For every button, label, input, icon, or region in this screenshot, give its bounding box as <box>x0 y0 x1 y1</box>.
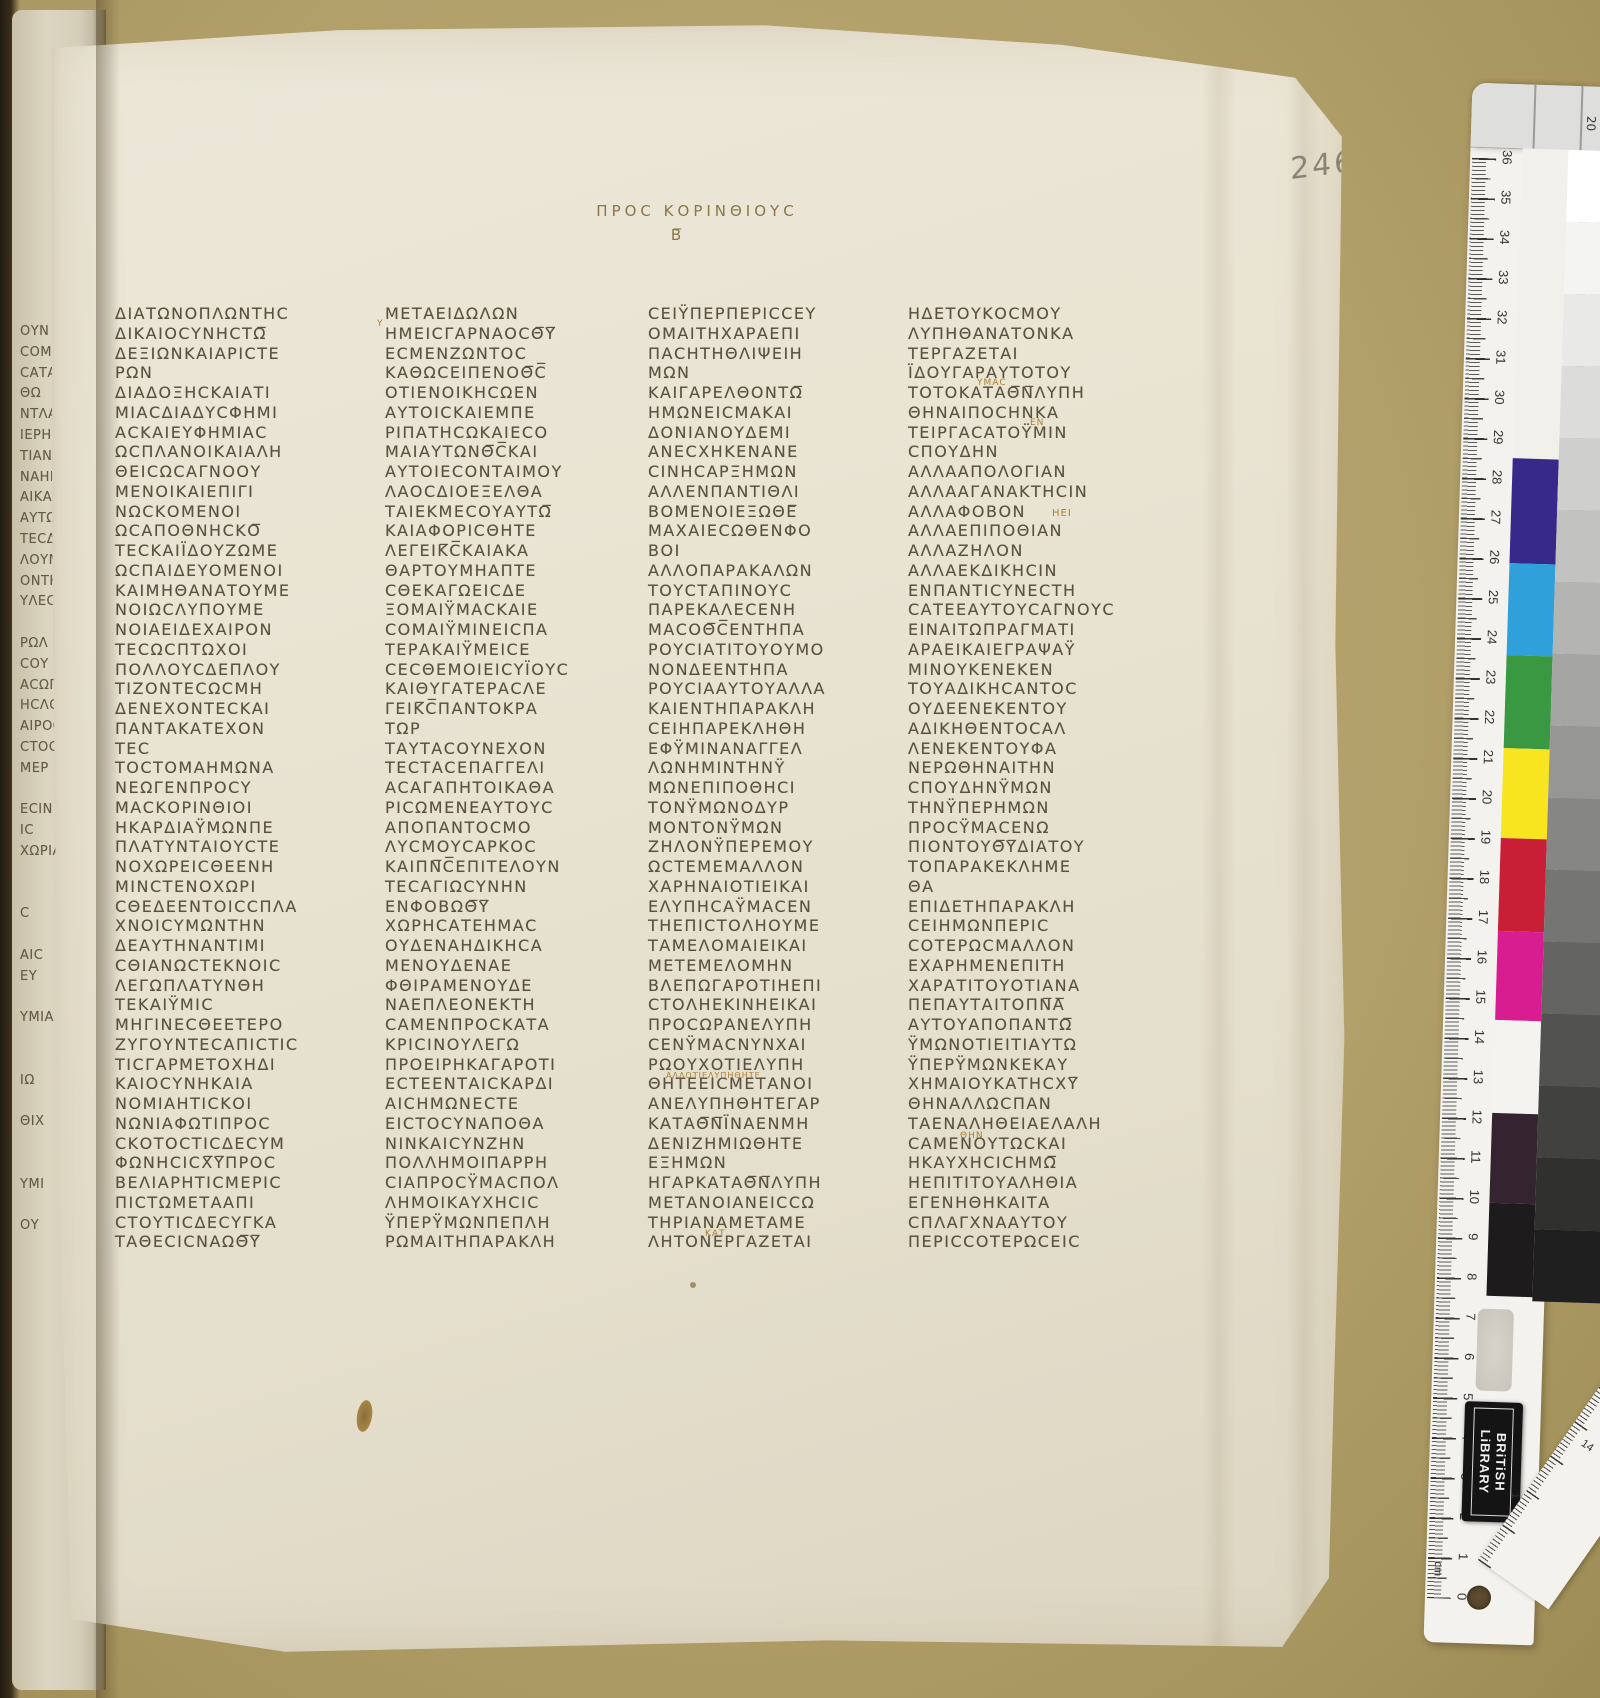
manuscript-line: ΤΟΥСΤΑΠΙΝΟΥС <box>648 581 910 601</box>
manuscript-line: ΝΑΕΠΛΕΟΝΕΚΤΗ <box>385 995 647 1015</box>
manuscript-line: ΤΟΥΑΔΙΚΗСΑΝΤΟС <box>908 679 1170 699</box>
manuscript-line: ΟΜΑΙΤΗΧΑΡΑΕΠΙ <box>648 324 910 344</box>
manuscript-line: ΝΟΧΩΡΕΙСΘΕΕΝΗ <box>115 857 377 877</box>
manuscript-line: ΕΧΑΡΗΜΕΝΕΠΙΤΗ <box>908 956 1170 976</box>
grayscale-step <box>1535 1157 1600 1231</box>
manuscript-line: СΘΙΑΝΩСΤΕΚΝΟΙС <box>115 956 377 976</box>
manuscript-line: ΫΠΕΡΫΜΩΝΚΕΚΑΥ <box>908 1055 1170 1075</box>
ruler-number: 15 <box>1473 986 1489 1008</box>
manuscript-line: СΟΤΕΡΩСΜΑΛΛΟΝ <box>908 936 1170 956</box>
manuscript-line: ΜΕΝΟΥΔΕΝΑΕ <box>385 956 647 976</box>
manuscript-line: ΗΚΑΡΔΙΑΫΜΩΝΠΕ <box>115 818 377 838</box>
manuscript-line: ΜΙΝСΤΕΝΟΧΩΡΙ <box>115 877 377 897</box>
ruler-number: 11 <box>1468 1146 1484 1168</box>
ruler-top-section: 20 80 <box>1471 83 1600 153</box>
manuscript-line: ΫΜΩΝΟΤΙΕΙΤΙΑΥΤΩ <box>908 1035 1170 1055</box>
manuscript-line: ΔΙΑΤΩΝΟΠΛΩΝΤΗС <box>115 304 377 324</box>
manuscript-line: ΜΟΝΤΟΝΫΜΩΝ <box>648 818 910 838</box>
color-patch <box>1489 1113 1538 1204</box>
manuscript-line: ΚΑΙΠΝ̅С̅ΕΠΙΤΕΛΟΥΝ <box>385 857 647 877</box>
facing-line-fragment: ΑΥΤΩ <box>20 511 57 526</box>
text-column-4: ΗΔΕΤΟΥΚΟСΜΟΥΛΥΠΗΘΑΝΑΤΟΝΚΑΤΕΡΓΑΖΕΤΑΙΪΔΟΥΓ… <box>908 304 1170 1252</box>
manuscript-line: ΧΩΡΗСΑΤΕΗΜΑС <box>385 916 647 936</box>
manuscript-line: ΚΑΙΑΦΟΡΙСΘΗΤΕ <box>385 521 647 541</box>
color-patch <box>1495 931 1544 1021</box>
text-column-1: ΔΙΑΤΩΝΟΠΛΩΝΤΗСΔΙΚΑΙΟСΥΝΗСΤΩ̅ΔΕΞΙΩΝΚΑΙΑΡΙ… <box>115 304 377 1252</box>
ruler-number: 30 <box>1492 386 1508 408</box>
manuscript-line: ΗΚΑΥΧΗСΙСΗΜΩ̅ <box>908 1153 1170 1173</box>
manuscript-line: ΟΥΔΕΝΑΗΔΙΚΗСΑ <box>385 936 647 956</box>
grayscale-step <box>1546 797 1600 871</box>
ruler-divider-line <box>1579 86 1583 150</box>
facing-line-fragment: ΟΥΝ <box>20 324 49 339</box>
manuscript-line: ΛΕΓΩΠΛΑΤΥΝΘΗ <box>115 976 377 996</box>
manuscript-line: ΤΕС <box>115 739 377 759</box>
manuscript-line: ΛΩΝΗΜΙΝΤΗΝΫ <box>648 758 910 778</box>
manuscript-line: ΝΙΝΚΑΙСΥΝΖΗΝ <box>385 1134 647 1154</box>
manuscript-line: ΡΙСΩΜΕΝΕΑΥΤΟΥС <box>385 798 647 818</box>
color-patch <box>1486 1203 1535 1297</box>
manuscript-line: СΘΕΔΕΕΝΤΟΙССΠΛΑ <box>115 897 377 917</box>
manuscript-line: ΛΕΝΕΚΕΝΤΟΥΦΑ <box>908 739 1170 759</box>
ruler-number: 25 <box>1486 586 1502 608</box>
grayscale-step <box>1566 150 1600 224</box>
manuscript-line: ΝΟΙΩСΛΥΠΟΥΜΕ <box>115 600 377 620</box>
manuscript-line: ΠΑСΗΤΗΘΛΙΨΕΙΗ <box>648 344 910 364</box>
grayscale-step <box>1541 941 1600 1015</box>
brand-line-2: LiBRARY <box>1474 1409 1494 1515</box>
ruler-number: 36 <box>1499 146 1515 168</box>
manuscript-line: ΤΟСΤΟΜΑΗΜΩΝΑ <box>115 758 377 778</box>
manuscript-line: ΜΕΤΑΝΟΙΑΝΕΙССΩ <box>648 1193 910 1213</box>
manuscript-line: ΜΩΝ <box>648 363 910 383</box>
manuscript-line: ΠΙСΤΩΜΕΤΑΑΠΙ <box>115 1193 377 1213</box>
manuscript-line: ΤΕΡΓΑΖΕΤΑΙ <box>908 344 1170 364</box>
manuscript-line: ΜΕΤΑΕΙΔΩΛΩΝ <box>385 304 647 324</box>
manuscript-line: ΡΩΝ <box>115 363 377 383</box>
manuscript-line: ΑΙСΗΜΩΝΕСΤΕ <box>385 1094 647 1114</box>
manuscript-line: ΔΕΝΙΖΗΜΙΩΘΗΤΕ <box>648 1134 910 1154</box>
manuscript-line: ΚΑΙΘΥΓΑΤΕΡΑСΛΕ <box>385 679 647 699</box>
manuscript-line: ΤΑΘΕСΙСΝΑΩΘ̅Υ̅ <box>115 1232 377 1252</box>
facing-line-fragment: ΤΙΑΝ <box>20 449 52 464</box>
manuscript-line: ΗΔΕΤΟΥΚΟСΜΟΥ <box>908 304 1170 324</box>
parchment-fold <box>1287 22 1321 1660</box>
facing-line-fragment: ΥΛΕС <box>20 594 56 609</box>
manuscript-line: ΝΩΝΙΑΦΩΤΙΠΡΟС <box>115 1114 377 1134</box>
manuscript-line: ΤΟΝΫΜΩΝΟΔΥΡ <box>648 798 910 818</box>
manuscript-line: ΤΕСΚΑΙΪΔΟΥΖΩΜΕ <box>115 541 377 561</box>
ruler-number: 22 <box>1482 706 1498 728</box>
interlinear-correction: Υ <box>377 319 384 329</box>
grayscale-step <box>1559 366 1600 440</box>
color-patch <box>1501 748 1550 839</box>
manuscript-line: ΤΟΤΟΚΑΤΑΘ̅Ν̅ΛΥΠΗ <box>908 383 1170 403</box>
ruler-number: 28 <box>1489 466 1505 488</box>
manuscript-line: ΑΛΛΑΕΠΙΠΟΘΙΑΝ <box>908 521 1170 541</box>
manuscript-line: ΚΑΘΩСΕΙΠΕΝΟΘ̅С̅ <box>385 363 647 383</box>
manuscript-line: ΤΕСΩСΠΤΩΧΟΙ <box>115 640 377 660</box>
manuscript-line: СΤΟΛΗΕΚΙΝΗΕΙΚΑΙ <box>648 995 910 1015</box>
manuscript-line: ΑСΑΓΑΠΗΤΟΙΚΑΘΑ <box>385 778 647 798</box>
manuscript-line: ΚΑΙΓΑΡΕΛΘΟΝΤΩ̅ <box>648 383 910 403</box>
manuscript-line: ΕΛΥΠΗСΑΫΜΑСΕΝ <box>648 897 910 917</box>
manuscript-line: ΤΙСΓΑΡΜΕΤΟΧΗΔΙ <box>115 1055 377 1075</box>
manuscript-line: ΔΕΝΕΧΟΝΤΕСΚΑΙ <box>115 699 377 719</box>
ruler-number: 26 <box>1487 546 1503 568</box>
manuscript-line: ΤΑΕΝΑΛΗΘΕΙΑΕΛΑΛΗ <box>908 1114 1170 1134</box>
ruler-number: 31 <box>1493 346 1509 368</box>
folio-number: 246 <box>1290 144 1356 187</box>
facing-line-fragment: ΕΥ <box>20 969 37 984</box>
manuscript-line: ΕΝΦΟΒΩΘ̅Υ̅ <box>385 897 647 917</box>
manuscript-line: ΞΟΜΑΙΫΜΑСΚΑΙΕ <box>385 600 647 620</box>
manuscript-line: ΝΟΙΑΕΙΔΕΧΑΙΡΟΝ <box>115 620 377 640</box>
grayscale-step <box>1532 1229 1600 1303</box>
manuscript-line: ΑΛΛΑΦΟΒΟΝ <box>908 502 1170 522</box>
interlinear-correction: ΕΝ <box>1030 418 1044 428</box>
grayscale-step <box>1564 222 1600 296</box>
manuscript-line: ΑΛΛΑΑΠΟΛΟΓΙΑΝ <box>908 462 1170 482</box>
manuscript-line: ΔΟΝΙΑΝΟΥΔΕΜΙ <box>648 423 910 443</box>
manuscript-line: ΩСΠΑΙΔΕΥΟΜΕΝΟΙ <box>115 561 377 581</box>
manuscript-line: ΗΓΑΡΚΑΤΑΘ̅Ν̅ΛΥΠΗ <box>648 1173 910 1193</box>
manuscript-line: ΩСΠΛΑΝΟΙΚΑΙΑΛΗ <box>115 442 377 462</box>
manuscript-line: ΒΕΛΙΑΡΗΤΙСΜΕΡΙС <box>115 1173 377 1193</box>
manuscript-line: ΠΕΠΑΥΤΑΙΤΟΠΝ̅Α̅ <box>908 995 1170 1015</box>
manuscript-line: ΝΟΝΔΕΕΝΤΗΠΑ <box>648 660 910 680</box>
manuscript-line: СΕΙΫΠΕΡΠΕΡΙССΕΥ <box>648 304 910 324</box>
ruler-number: 9 <box>1465 1226 1481 1248</box>
manuscript-line: ΠΟΛΛΟΥСΔΕΠΛΟΥ <box>115 660 377 680</box>
ruler-number: 20 <box>1479 786 1495 808</box>
manuscript-line: ΦΩΝΗСΙСΧ̅Υ̅ΠΡΟС <box>115 1153 377 1173</box>
grayscale-step <box>1553 582 1600 656</box>
running-title: ΠΡΟС ΚΟΡΙΝΘΙΟΥС <box>587 202 807 220</box>
manuscript-line: ΕСΤΕΕΝΤΑΙСΚΑΡΔΙ <box>385 1074 647 1094</box>
manuscript-line: СΤΟΥΤΙСΔΕСΥΓΚΑ <box>115 1213 377 1233</box>
manuscript-line: СΑΤΕΕΑΥΤΟΥСΑΓΝΟΥС <box>908 600 1170 620</box>
grayscale-step <box>1548 725 1600 799</box>
manuscript-line: ΘΗΝΑΛΛΩСΠΑΝ <box>908 1094 1170 1114</box>
grayscale-step <box>1550 654 1600 728</box>
manuscript-line: ΕΙСΤΟСΥΝΑΠΟΘΑ <box>385 1114 647 1134</box>
interlinear-correction: ΥΜΑС <box>977 378 1007 388</box>
manuscript-line: ΚΡΙСΙΝΟΥΛΕΓΩ <box>385 1035 647 1055</box>
manuscript-line: ΕСΜΕΝΖΩΝΤΟС <box>385 344 647 364</box>
manuscript-line: ΠΑΡΕΚΑΛΕСΕΝΗ <box>648 600 910 620</box>
manuscript-line: ΤΕСΤΑСΕΠΑΓΓΕΛΙ <box>385 758 647 778</box>
facing-line-fragment: ΙΩ <box>20 1073 35 1088</box>
facing-line-fragment: С <box>20 906 30 921</box>
manuscript-line: ΠΡΟΕΙΡΗΚΑΓΑΡΟΤΙ <box>385 1055 647 1075</box>
manuscript-line: ΔΕΑΥΤΗΝΑΝΤΙΜΙ <box>115 936 377 956</box>
manuscript-line: СΕСΘΕΜΟΙΕΙСΥΪΟΥС <box>385 660 647 680</box>
manuscript-line: ΔΙΚΑΙΟСΥΝΗСΤΩ̅ <box>115 324 377 344</box>
manuscript-line: ΛΗΜΟΙΚΑΥΧΗСΙС <box>385 1193 647 1213</box>
manuscript-page: ΠΡΟС ΚΟΡΙΝΘΙΟΥС Β̅ 246 ΔΙΑΤΩΝΟΠΛΩΝΤΗСΔΙΚ… <box>52 22 1347 1660</box>
ruler-number: 33 <box>1496 266 1512 288</box>
manuscript-line: ΜΗΓΙΝΕСΘΕΕΤΕΡΟ <box>115 1015 377 1035</box>
ruler-number: 18 <box>1477 866 1493 888</box>
ruler-unit-label: cm. <box>1431 1561 1444 1579</box>
manuscript-line: ΤΕΚΑΙΫΜΙС <box>115 995 377 1015</box>
manuscript-line: ΤΙΖΟΝΤΕСΩСΜΗ <box>115 679 377 699</box>
manuscript-line: ΦΘΙΡΑΜΕΝΟΥΔΕ <box>385 976 647 996</box>
manuscript-line: ΤΟΠΑΡΑΚΕΚΛΗΜΕ <box>908 857 1170 877</box>
manuscript-line: ΑΛΛΑΕΚΔΙΚΗСΙΝ <box>908 561 1170 581</box>
color-patch <box>1498 838 1547 932</box>
manuscript-line: ΟΥΔΕΕΝΕΚΕΝΤΟΥ <box>908 699 1170 719</box>
manuscript-line: ΒΛΕΠΩΓΑΡΟΤΙΗΕΠΙ <box>648 976 910 996</box>
manuscript-line: ΕΝΠΑΝΤΙСΥΝΕСΤΗ <box>908 581 1170 601</box>
manuscript-line: ΑΝΕΛΥΠΗΘΗΤΕΓΑΡ <box>648 1094 910 1114</box>
parchment-fold <box>1202 22 1236 1660</box>
manuscript-line: ΕΓΕΝΗΘΗΚΑΙΤΑ <box>908 1193 1170 1213</box>
manuscript-line: ΠΡΟСΩΡΑΝΕΛΥΠΗ <box>648 1015 910 1035</box>
manuscript-line: ΓΕΙΚ̅С̅ΠΑΝΤΟΚΡΑ <box>385 699 647 719</box>
manuscript-line: ΠΡΟСΫΜΑСΕΝΩ <box>908 818 1170 838</box>
ruler-number: 7 <box>1463 1306 1479 1328</box>
manuscript-line: СΙΑΠΡΟСΫΜΑСΠΟΛ <box>385 1173 647 1193</box>
manuscript-line: ΩСΑΠΟΘΝΗСΚΟ̅ <box>115 521 377 541</box>
manuscript-line: ΘΑΡΤΟΥΜΗΑΠΤΕ <box>385 561 647 581</box>
manuscript-line: ΡΩΜΑΙΤΗΠΑΡΑΚΛΗ <box>385 1232 647 1252</box>
facing-line-fragment: ΕСΙΝ <box>20 802 53 817</box>
manuscript-line: СΑΜΕΝΟΥΤΩСΚΑΙ <box>908 1134 1170 1154</box>
manuscript-line: ΤΕСΑΓΙΩСΥΝΗΝ <box>385 877 647 897</box>
manuscript-line: ΠΛΑΤΥΝΤΑΙΟΥСΤΕ <box>115 837 377 857</box>
facing-line-fragment: СΟΥ <box>20 657 49 672</box>
manuscript-line: ΜΕΤΕΜΕΛΟΜΗΝ <box>648 956 910 976</box>
manuscript-line: ΜΑΙΑΥΤΩΝΘ̅С̅ΚΑΙ <box>385 442 647 462</box>
manuscript-line: ΒΟΙ <box>648 541 910 561</box>
manuscript-line: СΑΜΕΝΠΡΟСΚΑΤΑ <box>385 1015 647 1035</box>
manuscript-line: ΡΟΥСΙΑΤΙΤΟΥΟΥΜΟ <box>648 640 910 660</box>
manuscript-line: ΠΑΝΤΑΚΑΤΕΧΟΝ <box>115 719 377 739</box>
ruler-divider-line <box>1533 85 1537 149</box>
manuscript-line: ΠΙΟΝΤΟΥΘ̅Υ̅ΔΙΑΤΟΥ <box>908 837 1170 857</box>
ruler-number: 29 <box>1491 426 1507 448</box>
manuscript-line: СΠΟΥΔΗΝΫΜΩΝ <box>908 778 1170 798</box>
grayscale-step <box>1557 438 1600 512</box>
manuscript-line: ΤΗΕΠΙСΤΟΛΗΟΥΜΕ <box>648 916 910 936</box>
manuscript-line: ΑΠΟΠΑΝΤΟСΜΟ <box>385 818 647 838</box>
ruler-number: 6 <box>1462 1346 1478 1368</box>
manuscript-line: ΚΑΙΕΝΤΗΠΑΡΑΚΛΗ <box>648 699 910 719</box>
manuscript-line: ΤΩΡ <box>385 719 647 739</box>
manuscript-line: ΝΕΡΩΘΗΝΑΙΤΗΝ <box>908 758 1170 778</box>
manuscript-line: ΝΕΩΓΕΝΠΡΟСΥ <box>115 778 377 798</box>
manuscript-line: СΕΙΗΜΩΝΠΕΡΙС <box>908 916 1170 936</box>
manuscript-line: ΤΑΥΤΑСΟΥΝΕΧΟΝ <box>385 739 647 759</box>
manuscript-line: ΝΩСΚΟΜΕΝΟΙ <box>115 502 377 522</box>
manuscript-line: СΙΝΗСΑΡΞΗΜΩΝ <box>648 462 910 482</box>
calibration-ruler: 20 80 3635343332313029282726252423222120… <box>1424 83 1600 1648</box>
manuscript-line: ΛΥΠΗΘΑΝΑΤΟΝΚΑ <box>908 324 1170 344</box>
manuscript-line: ΕΞΗΜΩΝ <box>648 1153 910 1173</box>
manuscript-line: ΑΥΤΟΙСΚΑΙΕΜΠΕ <box>385 403 647 423</box>
interlinear-correction: ΘΗΝ <box>960 1131 984 1141</box>
corner-ruler-number: 14 <box>1579 1437 1596 1454</box>
facing-line-fragment: ΝΤΛΑ <box>20 407 57 422</box>
ruler-number: 10 <box>1467 1186 1483 1208</box>
manuscript-line: ΑΛΛΟΠΑΡΑΚΑΛΩΝ <box>648 561 910 581</box>
ruler-number: 12 <box>1469 1106 1485 1128</box>
manuscript-line: ΑСΚΑΙΕΥΦΗΜΙΑС <box>115 423 377 443</box>
manuscript-line: ΑΝΕСΧΗΚΕΝΑΝΕ <box>648 442 910 462</box>
manuscript-line: ΑΛΛΕΝΠΑΝΤΙΘΛΙ <box>648 482 910 502</box>
manuscript-line: ΚΑΙΜΗΘΑΝΑΤΟΥΜΕ <box>115 581 377 601</box>
grayscale-step <box>1555 510 1600 584</box>
color-patch <box>1509 458 1558 564</box>
ruler-number: 16 <box>1474 946 1490 968</box>
velcro-patch <box>1475 1308 1514 1391</box>
color-patch <box>1492 1020 1541 1114</box>
manuscript-line: ΫΠΕΡΫΜΩΝΠΕΠΛΗ <box>385 1213 647 1233</box>
manuscript-line: СΟΜΑΙΫΜΙΝΕΙСΠΑ <box>385 620 647 640</box>
facing-line-fragment: ΜΕΡ <box>20 761 49 776</box>
manuscript-line: ΑΔΙΚΗΘΕΝΤΟСΑΛ <box>908 719 1170 739</box>
manuscript-line: ΚΑΤΑΘ̅Ν̅ΪΝΑΕΝΜΗ <box>648 1114 910 1134</box>
interlinear-correction: ΗΕΙ <box>1052 508 1072 519</box>
facing-line-fragment: ΘΙΧ <box>20 1114 44 1129</box>
manuscript-line: ΑΛΛΑΖΗΛΟΝ <box>908 541 1170 561</box>
ruler-number: 27 <box>1488 506 1504 528</box>
manuscript-line: ΑΛΛΑΑΓΑΝΑΚΤΗСΙΝ <box>908 482 1170 502</box>
manuscript-line: ΖΗΛΟΝΫΠΕΡΕΜΟΥ <box>648 837 910 857</box>
manuscript-line: ΪΔΟΥΓΑΡΑΥΤΟΤΟΥ <box>908 363 1170 383</box>
manuscript-line: ΗΜΕΙСΓΑΡΝΑΟСΘ̅Υ̅ <box>385 324 647 344</box>
manuscript-line: СΘΕΚΑΓΩΕΙСΔΕ <box>385 581 647 601</box>
manuscript-line: ΔΕΞΙΩΝΚΑΙΑΡΙСΤΕ <box>115 344 377 364</box>
manuscript-line: ΩСΤΕΜΕΜΑΛΛΟΝ <box>648 857 910 877</box>
ruler-number: 8 <box>1464 1266 1480 1288</box>
ruler-number: 1 <box>1455 1545 1471 1567</box>
ruler-number: 13 <box>1470 1066 1486 1088</box>
manuscript-line: ΜΑΧΑΙΕСΩΘΕΝΦΟ <box>648 521 910 541</box>
manuscript-line: ΝΟΜΙΑΗΤΙСΚΟΙ <box>115 1094 377 1114</box>
manuscript-line: ΧΑΡΑΤΙΤΟΥΟΤΙΑΝΑ <box>908 976 1170 996</box>
ruler-number: 14 <box>1472 1026 1488 1048</box>
manuscript-line: ΠΟΛΛΗΜΟΙΠΑΡΡΗ <box>385 1153 647 1173</box>
ruler-corner-label: 20 <box>1584 116 1598 132</box>
color-patch <box>1504 655 1553 749</box>
manuscript-line: ΗΜΩΝΕΙСΜΑΚΑΙ <box>648 403 910 423</box>
manuscript-line: ΑΥΤΟΥΑΠΟΠΑΝΤΩ̅ <box>908 1015 1170 1035</box>
manuscript-line: ΧΗΜΑΙΟΥΚΑΤΗСΧΥ̅ <box>908 1074 1170 1094</box>
manuscript-line: ΚΑΙΟСΥΝΗΚΑΙΑ <box>115 1074 377 1094</box>
ruler-number: 24 <box>1484 626 1500 648</box>
ruler-number: 23 <box>1483 666 1499 688</box>
manuscript-line: ΤΗΝΫΠΕΡΗΜΩΝ <box>908 798 1170 818</box>
manuscript-line: ΘΕΙСΩСΑΓΝΟΟΥ <box>115 462 377 482</box>
manuscript-line: ΕΠΙΔΕΤΗΠΑΡΑΚΛΗ <box>908 897 1170 917</box>
manuscript-line: ΛΗΤΟΝΕΡΓΑΖΕΤΑΙ <box>648 1232 910 1252</box>
manuscript-line: ΤΕΡΑΚΑΙΫΜΕΙСΕ <box>385 640 647 660</box>
facing-line-fragment: ΥΜΙΑ <box>20 1010 54 1025</box>
manuscript-line: ΑΡΑΕΙΚΑΙΕΓΡΑΨΑΫ <box>908 640 1170 660</box>
manuscript-line: ΜΑСΟΘ̅С̅ΕΝΤΗΠΑ <box>648 620 910 640</box>
manuscript-line: ΗΕΠΙΤΙΤΟΥΑΛΗΘΙΑ <box>908 1173 1170 1193</box>
manuscript-line: ΘΑ <box>908 877 1170 897</box>
manuscript-line: ΤΑΜΕΛΟΜΑΙΕΙΚΑΙ <box>648 936 910 956</box>
manuscript-line: ΕΦΫΜΙΝΑΝΑΓΓΕΛ <box>648 739 910 759</box>
facing-line-fragment: ΙΕΡΗ <box>20 428 52 443</box>
manuscript-line: ΛΑΟСΔΙΟΕΞΕΛΘΑ <box>385 482 647 502</box>
ink-stain <box>355 1399 375 1433</box>
ruler-number: 35 <box>1498 186 1514 208</box>
manuscript-line: ΡΙΠΑΤΗСΩΚΑΙΕСΟ <box>385 423 647 443</box>
manuscript-line: ΔΙΑΔΟΞΗСΚΑΙΑΤΙ <box>115 383 377 403</box>
manuscript-line: ΧΝΟΙСΥΜΩΝΤΗΝ <box>115 916 377 936</box>
facing-line-fragment: ΑΙС <box>20 948 43 963</box>
ruler-number: 21 <box>1481 746 1497 768</box>
manuscript-line: ΖΥΓΟΥΝΤΕСΑΠΙСΤΙС <box>115 1035 377 1055</box>
facing-line-fragment: ΙС <box>20 823 34 838</box>
text-column-2: ΜΕΤΑΕΙΔΩΛΩΝΗΜΕΙСΓΑΡΝΑΟСΘ̅Υ̅ΕСΜΕΝΖΩΝΤΟСΚΑ… <box>385 304 647 1252</box>
grayscale-step <box>1539 1013 1600 1087</box>
manuscript-line: СΚΟΤΟСΤΙСΔΕСΥΜ <box>115 1134 377 1154</box>
manuscript-line: ΛΥСΜΟΥСΑΡΚΟС <box>385 837 647 857</box>
ruler-number: 32 <box>1494 306 1510 328</box>
interlinear-correction: ΚΑΤ <box>705 1229 726 1239</box>
manuscript-line: СΠΟΥΔΗΝ <box>908 442 1170 462</box>
facing-line-fragment: СΤΟС <box>20 740 58 755</box>
manuscript-line: ΜΙΝΟΥΚΕΝΕΚΕΝ <box>908 660 1170 680</box>
manuscript-line: ΤΗΡΙΑΝΑΜΕΤΑΜΕ <box>648 1213 910 1233</box>
manuscript-line: СΕΝΫΜΑСΝΥΝΧΑΙ <box>648 1035 910 1055</box>
facing-line-fragment: ΟΥ <box>20 1218 39 1233</box>
manuscript-line: ΑΥΤΟΙΕСΟΝΤΑΙΜΟΥ <box>385 462 647 482</box>
manuscript-line: ΛΕΓΕΙΚ̅С̅ΚΑΙΑΚΑ <box>385 541 647 561</box>
manuscript-line: ΜΙΑСΔΙΑΔΥСΦΗΜΙ <box>115 403 377 423</box>
facing-line-fragment: ΥΜΙ <box>20 1177 45 1192</box>
manuscript-line: ΤΑΙΕΚΜΕСΟΥΑΥΤΩ̅ <box>385 502 647 522</box>
manuscript-line: ΜΑСΚΟΡΙΝΘΙΟΙ <box>115 798 377 818</box>
manuscript-line: ΠΕΡΙССΟΤΕΡΩСΕΙС <box>908 1232 1170 1252</box>
manuscript-line: ΟΤΙΕΝΟΙΚΗСΩΕΝ <box>385 383 647 403</box>
manuscript-line: ΜΩΝΕΠΙΠΟΘΗСΙ <box>648 778 910 798</box>
manuscript-line: ΒΟΜΕΝΟΙΕΞΩΘΕ̅ <box>648 502 910 522</box>
manuscript-photo: ΟΥΝСΟΜΕСΑΤΑΙΘΩΝΤΛΑΙΕΡΗΤΙΑΝΝΑΗΜΙΑΙΚΑΙΑΥΤΩ… <box>0 0 1600 1698</box>
manuscript-line: ΕΙΝΑΙΤΩΠΡΑΓΜΑΤΙ <box>908 620 1170 640</box>
ruler-number: 17 <box>1476 906 1492 928</box>
color-patch <box>1507 563 1556 656</box>
ruler-number: 19 <box>1478 826 1494 848</box>
text-column-3: СΕΙΫΠΕΡΠΕΡΙССΕΥΟΜΑΙΤΗΧΑΡΑΕΠΙΠΑСΗΤΗΘΛΙΨΕΙ… <box>648 304 910 1252</box>
ruler-number: 34 <box>1497 226 1513 248</box>
facing-line-fragment: ΘΩ <box>20 386 41 401</box>
grayscale-step <box>1544 869 1600 943</box>
facing-line-fragment: ΑΙΚΑΙ <box>20 490 56 505</box>
manuscript-line: ΜΕΝΟΙΚΑΙΕΠΙΓΙ <box>115 482 377 502</box>
small-stain <box>690 1282 696 1288</box>
grayscale-step <box>1537 1085 1600 1159</box>
facing-line-fragment: ΡΩΛ <box>20 636 48 651</box>
manuscript-line: СΠΛΑΓΧΝΑΑΥΤΟΥ <box>908 1213 1170 1233</box>
manuscript-line: ΡΟΥСΙΑΑΥΤΟΥΑΛΛΑ <box>648 679 910 699</box>
running-title-numeral: Β̅ <box>646 226 706 244</box>
interlinear-correction: ΑΛΛΟΤΙΕΛΥΠΗΘΗΤΕ <box>666 1071 761 1080</box>
grayscale-step <box>1562 294 1600 368</box>
manuscript-line: СΕΙΗΠΑΡΕΚΛΗΘΗ <box>648 719 910 739</box>
manuscript-line: ΧΑΡΗΝΑΙΟΤΙΕΙΚΑΙ <box>648 877 910 897</box>
